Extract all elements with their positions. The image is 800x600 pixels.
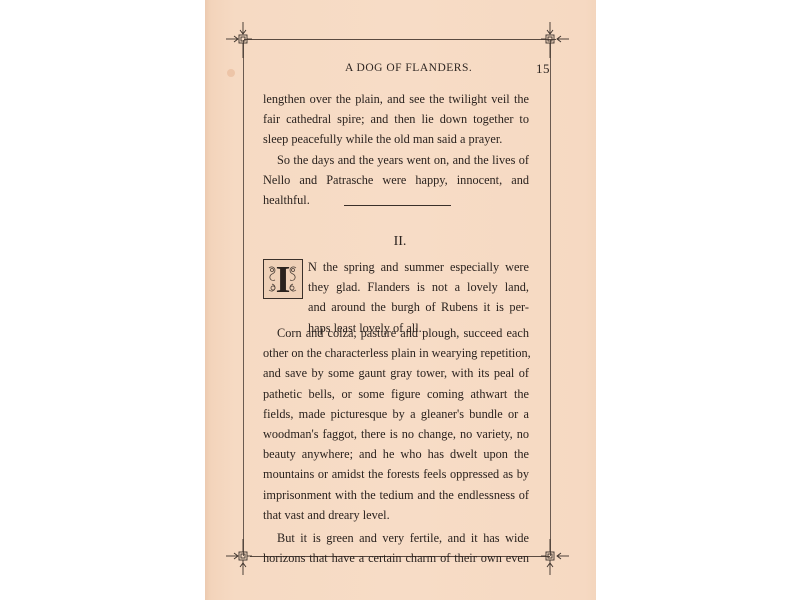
- text-line: that vast and dreary level.: [263, 505, 529, 525]
- frame-left-rule: [243, 40, 244, 556]
- paragraph-corn-and-colza: Corn and colza, pasture and plough, succ…: [263, 323, 529, 525]
- frame-right-rule: [550, 40, 551, 556]
- continuation-paragraph: lengthen over the plain, and see the twi…: [263, 89, 529, 150]
- text-line: beauty anywhere; and he who has dwelt up…: [263, 444, 529, 464]
- text-line: But it is green and very fertile, and it…: [263, 528, 529, 548]
- drop-cap: I: [263, 259, 303, 299]
- text-line: Corn and colza, pasture and plough, succ…: [263, 323, 529, 343]
- text-line: and save by some gaunt gray tower, with …: [263, 363, 529, 383]
- text-line: pathetic bells, or some figure coming at…: [263, 384, 529, 404]
- text-line: sleep peacefully while the old man said …: [263, 129, 529, 149]
- text-line: fields, made picturesque by a gleaner's …: [263, 404, 529, 424]
- text-line: fair cathedral spire; and then lie down …: [263, 109, 529, 129]
- text-line: and around the burgh of Rubens it is per…: [308, 297, 529, 317]
- drop-cap-letter: I: [264, 260, 302, 298]
- text-line: Nello and Patrasche were happy, innocent…: [263, 170, 529, 190]
- chapter-number: II.: [380, 234, 420, 250]
- paragraph-days-and-years: So the days and the years went on, and t…: [263, 150, 529, 211]
- running-head: A DOG OF FLANDERS. 15: [250, 62, 550, 78]
- section-divider: [344, 205, 451, 206]
- foxing-stain: [227, 69, 235, 77]
- page-number: 15: [536, 61, 550, 77]
- text-line: healthful.: [263, 190, 529, 210]
- text-line: N the spring and summer especially were: [308, 257, 529, 277]
- paragraph-green-and-fertile: But it is green and very fertile, and it…: [263, 528, 529, 568]
- text-line: So the days and the years went on, and t…: [263, 150, 529, 170]
- corner-fleuron-icon: [533, 539, 569, 575]
- corner-fleuron-icon: [533, 22, 569, 58]
- text-line: lengthen over the plain, and see the twi…: [263, 89, 529, 109]
- corner-fleuron-icon: [226, 539, 262, 575]
- text-line: horizons that have a certain charm of th…: [263, 548, 529, 568]
- text-line: imprisonment with the tedium and the end…: [263, 485, 529, 505]
- text-line: mountains or amidst the forests feels op…: [263, 464, 529, 484]
- frame-top-rule: [244, 39, 556, 40]
- text-line: they glad. Flanders is not a lovely land…: [308, 277, 529, 297]
- running-title: A DOG OF FLANDERS.: [345, 62, 472, 74]
- text-line: other on the characterless plain in wear…: [263, 343, 529, 363]
- text-line: woodman's faggot, there is no change, no…: [263, 424, 529, 444]
- corner-fleuron-icon: [226, 22, 262, 58]
